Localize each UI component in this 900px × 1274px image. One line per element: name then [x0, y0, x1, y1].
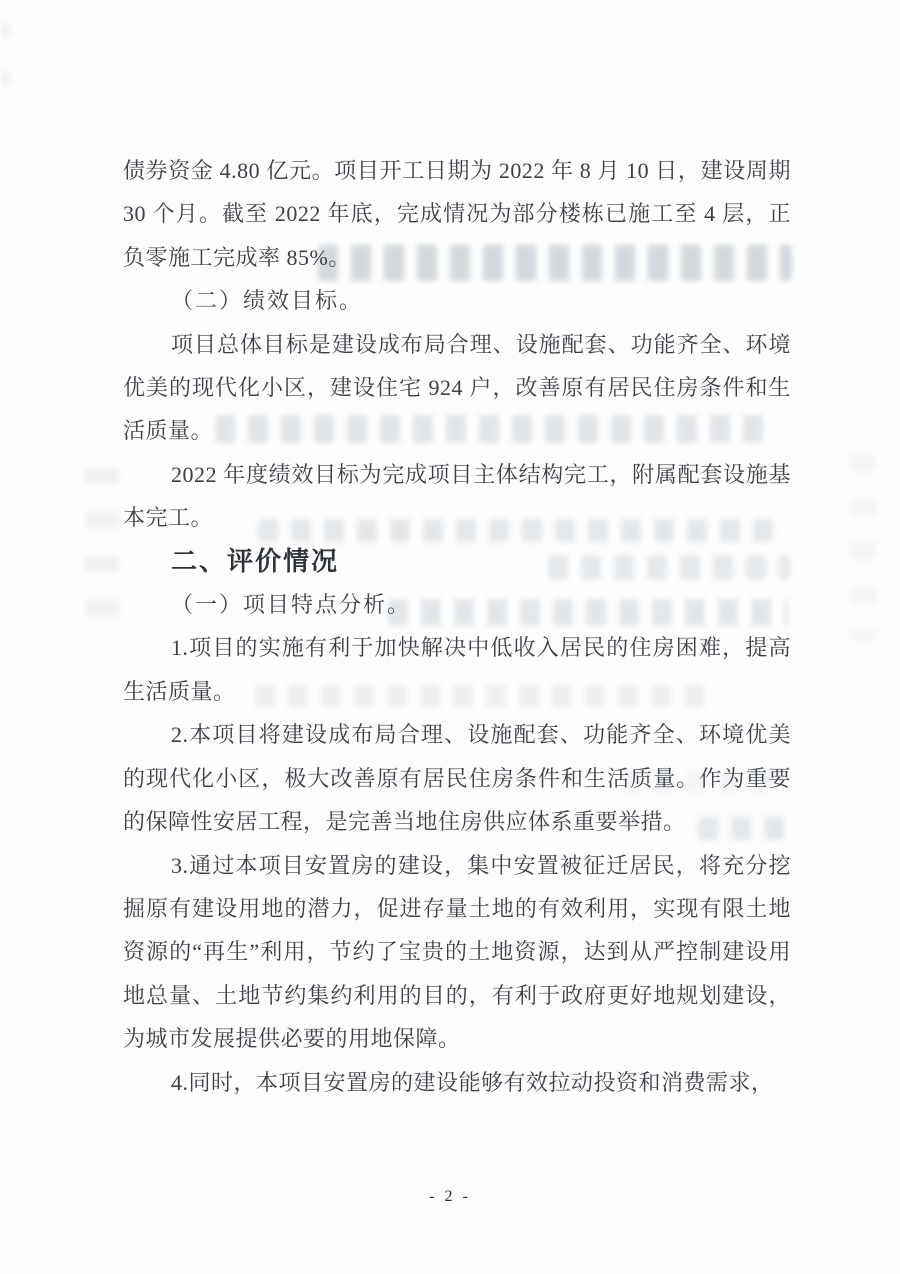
text-line: 优美的现代化小区，建设住宅 924 户，改善原有居民住房条件和生 — [123, 366, 791, 409]
text-line: （一）项目特点分析。 — [123, 583, 791, 626]
para-overall-goal: 项目总体目标是建设成布局合理、设施配套、功能齐全、环境优美的现代化小区，建设住宅… — [123, 323, 791, 453]
bleedthrough-artifact — [850, 455, 876, 640]
text-line: 地总量、土地节约集约利用的目的，有利于政府更好地规划建设， — [123, 974, 791, 1017]
para-performance-goal-heading: （二）绩效目标。 — [123, 279, 791, 322]
para-point-2: 2.本项目将建设成布局合理、设施配套、功能齐全、环境优美的现代化小区，极大改善原… — [123, 713, 791, 843]
text-line: 2.本项目将建设成布局合理、设施配套、功能齐全、环境优美 — [123, 713, 791, 756]
scan-edge-mark — [0, 24, 10, 38]
text-line: 1.项目的实施有利于加快解决中低收入居民的住房困难，提高 — [123, 626, 791, 669]
text-line: 的现代化小区，极大改善原有居民住房条件和生活质量。作为重要 — [123, 757, 791, 800]
para-feature-analysis-heading: （一）项目特点分析。 — [123, 583, 791, 626]
section-heading-evaluation: 二、评价情况 — [123, 540, 791, 583]
para-funding-progress: 债券资金 4.80 亿元。项目开工日期为 2022 年 8 月 10 日，建设周… — [123, 149, 791, 279]
page-number: - 2 - — [0, 1188, 900, 1206]
text-line: 3.通过本项目安置房的建设，集中安置被征迁居民，将充分挖 — [123, 844, 791, 887]
scanned-document-page: 债券资金 4.80 亿元。项目开工日期为 2022 年 8 月 10 日，建设周… — [0, 0, 900, 1274]
document-text: 债券资金 4.80 亿元。项目开工日期为 2022 年 8 月 10 日，建设周… — [123, 149, 791, 1104]
text-line: 掘原有建设用地的潜力，促进存量土地的有效利用，实现有限土地 — [123, 887, 791, 930]
text-line: 活质量。 — [123, 409, 791, 452]
bleedthrough-artifact — [85, 468, 119, 640]
text-line: 二、评价情况 — [123, 540, 791, 583]
text-line: 债券资金 4.80 亿元。项目开工日期为 2022 年 8 月 10 日，建设周… — [123, 149, 791, 192]
para-point-4: 4.同时，本项目安置房的建设能够有效拉动投资和消费需求， — [123, 1061, 791, 1104]
text-line: 本完工。 — [123, 496, 791, 539]
text-line: 项目总体目标是建设成布局合理、设施配套、功能齐全、环境 — [123, 323, 791, 366]
text-line: （二）绩效目标。 — [123, 279, 791, 322]
text-line: 为城市发展提供必要的用地保障。 — [123, 1017, 791, 1060]
para-point-1: 1.项目的实施有利于加快解决中低收入居民的住房困难，提高生活质量。 — [123, 626, 791, 713]
text-line: 的保障性安居工程，是完善当地住房供应体系重要举措。 — [123, 800, 791, 843]
text-line: 30 个月。截至 2022 年底，完成情况为部分楼栋已施工至 4 层，正 — [123, 192, 791, 235]
para-point-3: 3.通过本项目安置房的建设，集中安置被征迁居民，将充分挖掘原有建设用地的潜力，促… — [123, 844, 791, 1061]
scan-edge-mark — [0, 72, 10, 86]
text-line: 4.同时，本项目安置房的建设能够有效拉动投资和消费需求， — [123, 1061, 791, 1104]
para-annual-goal: 2022 年度绩效目标为完成项目主体结构完工，附属配套设施基本完工。 — [123, 453, 791, 540]
text-line: 负零施工完成率 85%。 — [123, 236, 791, 279]
text-line: 2022 年度绩效目标为完成项目主体结构完工，附属配套设施基 — [123, 453, 791, 496]
text-line: 资源的“再生”利用，节约了宝贵的土地资源，达到从严控制建设用 — [123, 930, 791, 973]
text-line: 生活质量。 — [123, 670, 791, 713]
